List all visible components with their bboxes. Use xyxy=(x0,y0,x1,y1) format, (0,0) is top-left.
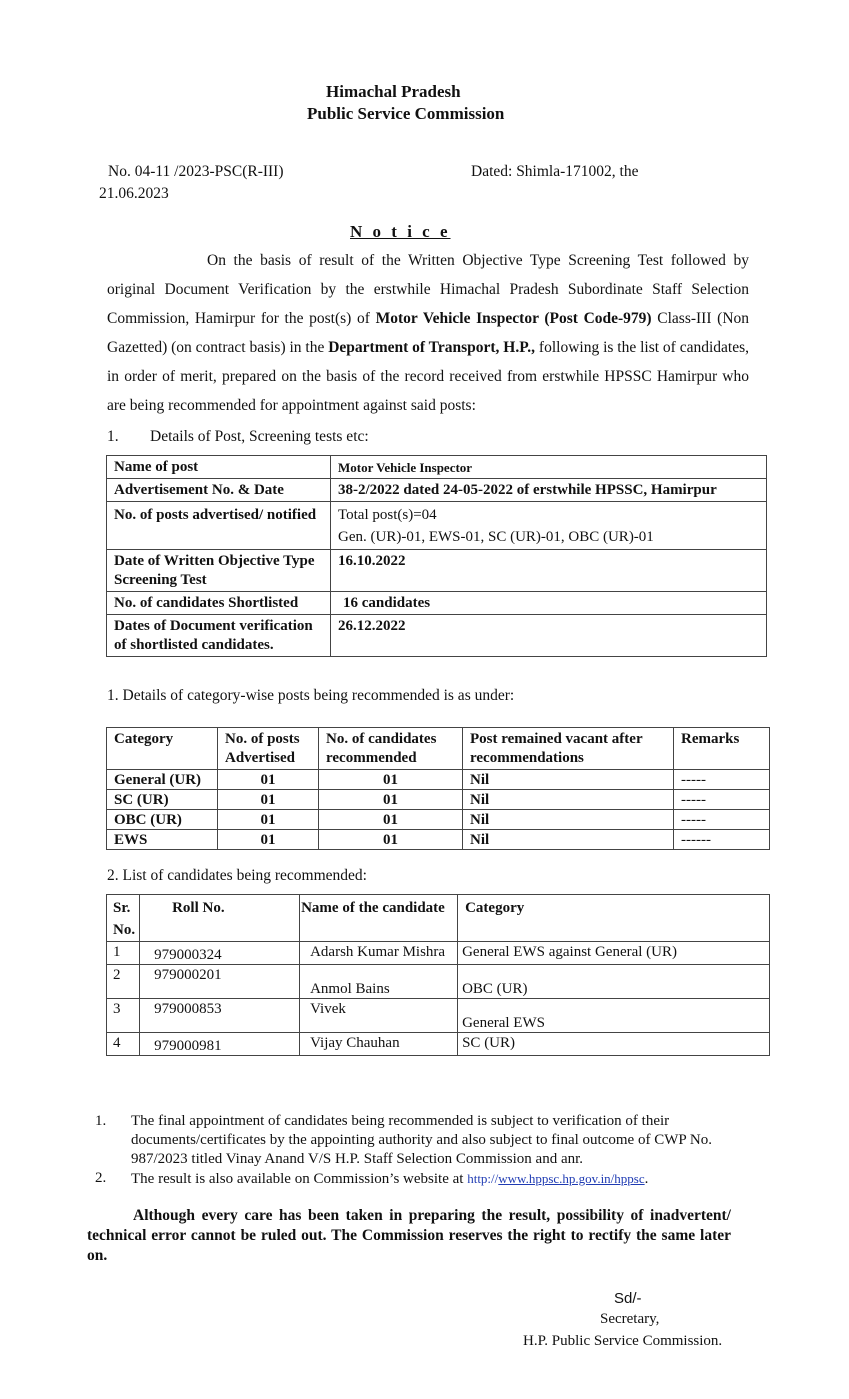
vacant-cell: Nil xyxy=(463,830,674,850)
roll-no-cell: 979000981 xyxy=(140,1033,300,1056)
recommended-cell: 01 xyxy=(319,770,463,790)
row-label: No. of candidates Shortlisted xyxy=(107,592,331,615)
row-value: 16.10.2022 xyxy=(331,550,767,592)
signature-sd: Sd/- xyxy=(614,1290,642,1307)
header-line-2: Public Service Commission xyxy=(307,104,504,124)
table-row: 4 979000981 Vijay Chauhan SC (UR) xyxy=(107,1033,770,1056)
column-header: Post remained vacant after recommendatio… xyxy=(463,728,674,770)
signature-title: Secretary, xyxy=(600,1311,659,1328)
post-details-table: Name of post Motor Vehicle Inspector Adv… xyxy=(106,455,767,657)
reference-number: No. 04-11 /2023-PSC(R-III) xyxy=(108,163,284,181)
table-row: OBC (UR) 01 01 Nil ----- xyxy=(107,810,770,830)
roll-no-cell: 979000324 xyxy=(140,942,300,965)
category-cell: General EWS against General (UR) xyxy=(458,942,770,965)
website-link[interactable]: http://www.hppsc.hp.gov.in/hppsc xyxy=(467,1171,644,1186)
disclaimer: Although every care has been taken in pr… xyxy=(87,1206,731,1266)
recommended-cell: 01 xyxy=(319,810,463,830)
row-value: Motor Vehicle Inspector xyxy=(331,456,767,479)
table-row: Dates of Document verification of shortl… xyxy=(107,615,767,657)
row-value: 38-2/2022 dated 24-05-2022 of erstwhile … xyxy=(331,479,767,502)
header-line-1: Himachal Pradesh xyxy=(326,82,461,102)
row-label: No. of posts advertised/ notified xyxy=(107,502,331,550)
table-row: 1 979000324 Adarsh Kumar Mishra General … xyxy=(107,942,770,965)
roll-no-cell: 979000853 xyxy=(140,999,300,1033)
candidate-name-cell: Vijay Chauhan xyxy=(300,1033,458,1056)
section1-heading: Details of Post, Screening tests etc: xyxy=(150,428,369,446)
column-header: Name of the candidate xyxy=(300,895,458,942)
category-cell: General (UR) xyxy=(107,770,218,790)
category-wise-table: Category No. of posts Advertised No. of … xyxy=(106,727,770,850)
dated-label: Dated: Shimla-171002, the xyxy=(471,163,638,181)
table-row: No. of posts advertised/ notified Total … xyxy=(107,502,767,550)
roll-no-cell: 979000201 xyxy=(140,965,300,999)
column-header: No. of candidates recommended xyxy=(319,728,463,770)
recommended-cell: 01 xyxy=(319,790,463,810)
column-header: Category xyxy=(458,895,770,942)
row-value: 16 candidates xyxy=(331,592,767,615)
row-label: Name of post xyxy=(107,456,331,479)
category-cell: EWS xyxy=(107,830,218,850)
row-label: Dates of Document verification of shortl… xyxy=(107,615,331,657)
table-row: Date of Written Objective Type Screening… xyxy=(107,550,767,592)
remarks-cell: ----- xyxy=(674,810,770,830)
total-posts: Total post(s)=04 xyxy=(338,504,759,526)
table-header-row: Category No. of posts Advertised No. of … xyxy=(107,728,770,770)
candidate-name-cell: Adarsh Kumar Mishra xyxy=(300,942,458,965)
row-value: 26.12.2022 xyxy=(331,615,767,657)
table-header-row: Sr. No. Roll No. Name of the candidate C… xyxy=(107,895,770,942)
footnote-2-suffix: . xyxy=(645,1171,649,1187)
advertised-cell: 01 xyxy=(218,790,319,810)
sr-no-cell: 4 xyxy=(107,1033,140,1056)
table-row: EWS 01 01 Nil ------ xyxy=(107,830,770,850)
column-header: Category xyxy=(107,728,218,770)
table-row: Advertisement No. & Date 38-2/2022 dated… xyxy=(107,479,767,502)
advertised-cell: 01 xyxy=(218,810,319,830)
recommended-cell: 01 xyxy=(319,830,463,850)
candidate-name-cell: Anmol Bains xyxy=(300,965,458,999)
column-header: No. of posts Advertised xyxy=(218,728,319,770)
footnote-2: The result is also available on Commissi… xyxy=(131,1169,761,1189)
column-header: Remarks xyxy=(674,728,770,770)
vacant-cell: Nil xyxy=(463,810,674,830)
table-row: SC (UR) 01 01 Nil ----- xyxy=(107,790,770,810)
remarks-cell: ------ xyxy=(674,830,770,850)
posts-breakdown: Gen. (UR)-01, EWS-01, SC (UR)-01, OBC (U… xyxy=(338,526,759,548)
table-row: 3 979000853 Vivek General EWS xyxy=(107,999,770,1033)
post-name-bold: Motor Vehicle Inspector (Post Code-979) xyxy=(376,310,652,327)
section2-heading: 1. Details of category-wise posts being … xyxy=(107,687,514,705)
category-cell: OBC (UR) xyxy=(458,965,770,999)
table-row: 2 979000201 Anmol Bains OBC (UR) xyxy=(107,965,770,999)
sr-no-cell: 3 xyxy=(107,999,140,1033)
table-row: General (UR) 01 01 Nil ----- xyxy=(107,770,770,790)
footnote-1-text: The final appointment of candidates bein… xyxy=(131,1112,753,1169)
category-cell: SC (UR) xyxy=(107,790,218,810)
department-bold: Department of Transport, H.P., xyxy=(328,339,535,356)
reference-date: 21.06.2023 xyxy=(99,185,169,203)
vacant-cell: Nil xyxy=(463,770,674,790)
footnote-2-number: 2. xyxy=(95,1169,106,1188)
sr-no-cell: 2 xyxy=(107,965,140,999)
table-row: No. of candidates Shortlisted 16 candida… xyxy=(107,592,767,615)
section3-heading: 2. List of candidates being recommended: xyxy=(107,867,367,885)
footnote-2-text: The result is also available on Commissi… xyxy=(131,1171,467,1187)
category-cell: SC (UR) xyxy=(458,1033,770,1056)
notice-title: N o t i c e xyxy=(350,222,451,242)
notice-paragraph: On the basis of result of the Written Ob… xyxy=(107,246,749,420)
row-value: Total post(s)=04Gen. (UR)-01, EWS-01, SC… xyxy=(331,502,767,550)
category-cell: General EWS xyxy=(458,999,770,1033)
candidate-name-cell: Vivek xyxy=(300,999,458,1033)
advertised-cell: 01 xyxy=(218,770,319,790)
column-header: Roll No. xyxy=(140,895,300,942)
section1-number: 1. xyxy=(107,428,119,446)
signature-org: H.P. Public Service Commission. xyxy=(523,1333,722,1350)
remarks-cell: ----- xyxy=(674,770,770,790)
candidates-table: Sr. No. Roll No. Name of the candidate C… xyxy=(106,894,770,1056)
row-label: Date of Written Objective Type Screening… xyxy=(107,550,331,592)
link-prefix[interactable]: http:// xyxy=(467,1171,498,1186)
link-url[interactable]: www.hppsc.hp.gov.in/hppsc xyxy=(498,1171,644,1186)
category-cell: OBC (UR) xyxy=(107,810,218,830)
footnote-1-number: 1. xyxy=(95,1112,106,1131)
vacant-cell: Nil xyxy=(463,790,674,810)
table-row: Name of post Motor Vehicle Inspector xyxy=(107,456,767,479)
remarks-cell: ----- xyxy=(674,790,770,810)
column-header: Sr. No. xyxy=(107,895,140,942)
advertised-cell: 01 xyxy=(218,830,319,850)
row-label: Advertisement No. & Date xyxy=(107,479,331,502)
sr-no-cell: 1 xyxy=(107,942,140,965)
